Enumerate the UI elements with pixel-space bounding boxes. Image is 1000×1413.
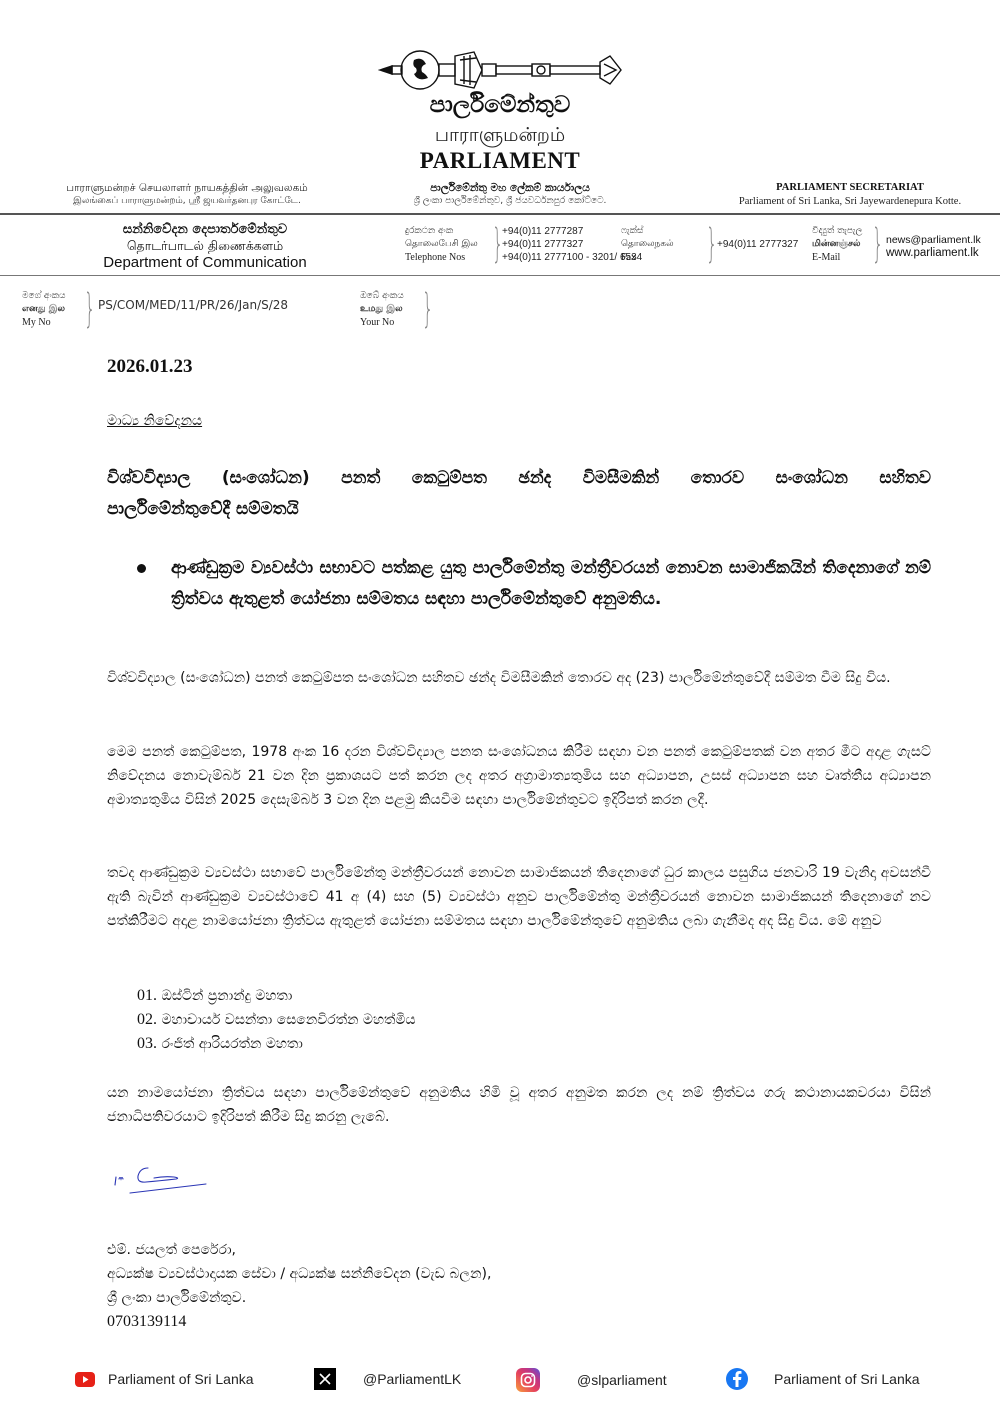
headline-line-1: විශ්වවිද්‍යාල (සංශෝධන) පනත් කෙටුම්පත ඡන්…: [107, 463, 931, 494]
my-no-label-en: My No: [22, 316, 66, 329]
nominee-item: 03. රංජිත් ආරියරත්න මහතා: [137, 1032, 416, 1056]
my-no-label-ta: எனது இல: [22, 303, 66, 316]
telephone-label-ta: தொலைபேசி இல: [405, 238, 478, 251]
nominee-name: මහාචාර්ය වසන්තා සෙනෙවිරත්න මහත්මිය: [161, 1012, 415, 1028]
title-english: PARLIAMENT: [0, 148, 1000, 174]
department-tamil: தொடர்பாடல் திணைக்களம்: [60, 238, 350, 254]
nominee-number: 03.: [137, 1035, 157, 1052]
fax-number-wrap: +94(0)11 2777327: [717, 238, 798, 251]
social-youtube-label[interactable]: Parliament of Sri Lanka: [108, 1371, 254, 1387]
my-no-value: PS/COM/MED/11/PR/26/Jan/S/28: [98, 298, 288, 312]
paragraph-1: විශ්වවිද්‍යාල (සංශෝධන) පනත් කෙටුම්පත සංශ…: [107, 666, 931, 690]
signature-block: එම්. ජයලත් පෙරේරා, අධ්‍යක්ෂ ව්‍යවස්ථාදාය…: [107, 1238, 491, 1334]
footer-socials: Parliament of Sri Lanka @ParliamentLK @s…: [0, 1368, 1000, 1392]
signatory-name: එම්. ජයලත් පෙරේරා,: [107, 1238, 491, 1262]
youtube-icon: [74, 1368, 96, 1390]
brace-icon: }: [84, 289, 95, 329]
headline-line-2: පාර්ලිමේන්තුවේදී සම්මතයි: [107, 494, 931, 525]
title-sinhala: පාර්ලිමේන්තුව: [0, 92, 1000, 118]
signatory-title: අධ්‍යක්ෂ ව්‍යවස්ථාදායක සේවා / අධ්‍යක්ෂ ස…: [107, 1262, 491, 1286]
office-english-line1: PARLIAMENT SECRETARIAT: [700, 181, 1000, 195]
nominee-name: ඔස්ටින් ප්‍රනාන්දු මහතා: [161, 988, 292, 1004]
signature-icon: [112, 1163, 212, 1203]
social-x-label[interactable]: @ParliamentLK: [363, 1371, 461, 1387]
social-facebook-label[interactable]: Parliament of Sri Lanka: [774, 1371, 920, 1387]
office-sinhala-line1: පාර්ලිමේන්තු මහ ලේකම් කාර්යාලය: [360, 181, 660, 195]
paragraph-4: යන නාමයෝජනා ත්‍රිත්වය සඳහා පාර්ලිමේන්තුව…: [107, 1081, 931, 1129]
fax-number: +94(0)11 2777327: [717, 238, 798, 251]
fax-label-en: Fax: [621, 251, 674, 264]
signatory-phone: 0703139114: [107, 1310, 491, 1334]
nominee-list: 01. ඔස්ටින් ප්‍රනාන්දු මහතා 02. මහාචාර්ය…: [137, 984, 416, 1056]
telephone-labels: දුරකථන අංක தொலைபேசி இல Telephone Nos: [405, 225, 478, 264]
parliament-mace-crest-icon: [378, 42, 623, 98]
my-no-label-si: මගේ අංකය: [22, 290, 66, 303]
nominee-number: 02.: [137, 1011, 157, 1028]
signatory-org: ශ්‍රී ලංකා පාර්ලිමේන්තුව.: [107, 1286, 491, 1310]
nominee-name: රංජිත් ආරියරත්න මහතා: [161, 1036, 302, 1052]
office-sinhala: පාර්ලිමේන්තු මහ ලේකම් කාර්යාලය ශ්‍රී ලංක…: [360, 181, 660, 207]
brace-icon: }: [422, 289, 433, 329]
fax-labels: ෆැක්ස් தொலைநகல் Fax: [621, 225, 674, 264]
social-facebook[interactable]: Parliament of Sri Lanka: [726, 1368, 920, 1390]
headline: විශ්වවිද්‍යාල (සංශෝධන) පනත් කෙටුම්පත ඡන්…: [107, 463, 931, 525]
office-sinhala-line2: ශ්‍රී ලංකා පාර්ලිමේන්තුව, ශ්‍රී ජයවර්ධනප…: [360, 195, 660, 207]
department-sinhala: සන්නිවේදන දෙපාර්තමේන්තුව: [60, 221, 350, 238]
email-label-si: විද්‍යුත් තැපැල: [812, 225, 862, 238]
office-english-line2: Parliament of Sri Lanka, Sri Jayewardene…: [700, 195, 1000, 209]
nominee-item: 02. මහාචාර්ය වසන්තා සෙනෙවිරත්න මහත්මිය: [137, 1008, 416, 1032]
instagram-icon: [516, 1368, 540, 1392]
brace-icon: }: [706, 224, 717, 264]
paragraph-3: තවද ආණ්ඩුක්‍රම ව්‍යවස්ථා සභාවේ පාර්ලිමේන…: [107, 861, 931, 933]
department-english: Department of Communication: [60, 254, 350, 272]
paragraph-2: මෙම පනත් කෙටුම්පත, 1978 අංක 16 දරන විශ්ව…: [107, 740, 931, 812]
title-tamil: பாராளுமன்றம்: [0, 124, 1000, 149]
social-instagram-label[interactable]: @slparliament: [577, 1372, 667, 1388]
department-block: සන්නිවේදන දෙපාර්තමේන්තුව தொடர்பாடல் திணை…: [60, 221, 350, 272]
your-no-label-si: ඔබේ අංකය: [360, 290, 404, 303]
nominee-item: 01. ඔස්ටින් ප්‍රනාන්දු මහතා: [137, 984, 416, 1008]
social-youtube[interactable]: Parliament of Sri Lanka: [74, 1368, 254, 1390]
email-web-block: news@parliament.lk www.parliament.lk: [886, 234, 981, 260]
office-tamil-line1: பாராளுமன்றச் செயலாளர் நாயகத்தின் அலுவலகம…: [22, 181, 352, 195]
your-no-labels: ඔබේ අංකය உமது இல Your No: [360, 290, 404, 329]
document-type: මාධ්‍ය නිවේදනය: [107, 413, 202, 429]
telephone-label-en: Telephone Nos: [405, 251, 478, 264]
brace-icon: }: [872, 224, 883, 264]
nominee-number: 01.: [137, 987, 157, 1004]
fax-label-si: ෆැක්ස්: [621, 225, 674, 238]
email-link[interactable]: news@parliament.lk: [886, 234, 981, 247]
fax-label-ta: தொலைநகல்: [621, 238, 674, 251]
email-labels: විද්‍යුත් තැපැල மின்னஞ்சல் E-Mail: [812, 225, 862, 264]
release-date: 2026.01.23: [107, 356, 193, 378]
header-divider-bottom: [0, 275, 1000, 276]
your-no-label-en: Your No: [360, 316, 404, 329]
office-english: PARLIAMENT SECRETARIAT Parliament of Sri…: [700, 181, 1000, 209]
website-link[interactable]: www.parliament.lk: [886, 247, 981, 260]
office-tamil: பாராளுமன்றச் செயலாளர் நாயகத்தின் அலுவலகம…: [22, 181, 352, 207]
bullet-icon: [137, 564, 146, 573]
x-icon: [314, 1368, 336, 1390]
office-tamil-line2: இலங்கைப் பாராளுமன்றம், ஸ்ரீ ஜயவர்தனபுர க…: [22, 195, 352, 207]
social-x[interactable]: @ParliamentLK: [314, 1368, 461, 1390]
email-label-ta: மின்னஞ்சல்: [812, 238, 862, 251]
my-no-labels: මගේ අංකය எனது இல My No: [22, 290, 66, 329]
bullet-text: ආණ්ඩුක්‍රම ව්‍යවස්ථා සභාවට පත්කළ යුතු පා…: [171, 553, 931, 615]
social-instagram[interactable]: @slparliament: [516, 1368, 667, 1392]
header-divider-top: [0, 213, 1000, 215]
your-no-label-ta: உமது இல: [360, 303, 404, 316]
bullet-point: ආණ්ඩුක්‍රම ව්‍යවස්ථා සභාවට පත්කළ යුතු පා…: [143, 553, 931, 615]
facebook-icon: [726, 1368, 748, 1390]
email-label-en: E-Mail: [812, 251, 862, 264]
telephone-label-si: දුරකථන අංක: [405, 225, 478, 238]
